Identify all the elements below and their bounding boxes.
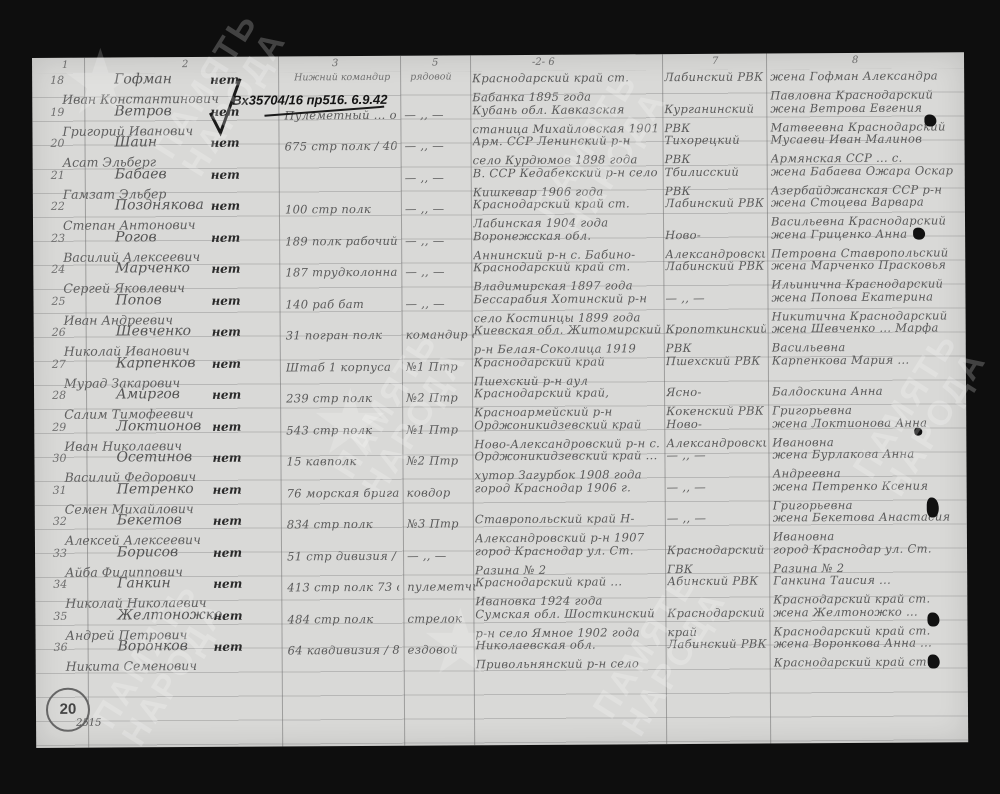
position: ковдор xyxy=(407,483,475,502)
position: №1 Птр xyxy=(406,420,474,439)
row-number: 20 xyxy=(50,137,64,150)
status-mark: нет xyxy=(213,482,242,496)
military-unit: 31 погран полк xyxy=(286,326,398,346)
given-name: Никита Семенович xyxy=(66,658,197,674)
position: командир отделения xyxy=(406,325,474,344)
position: стрелок xyxy=(407,609,475,628)
military-unit: 484 стр полк xyxy=(287,609,399,629)
military-unit xyxy=(284,74,396,75)
row-number: 19 xyxy=(50,105,64,118)
surname: Воронков xyxy=(118,638,188,654)
row-number: 33 xyxy=(53,546,67,559)
position: №2 Птр xyxy=(406,388,474,407)
column-number: 5 xyxy=(432,58,438,69)
status-mark: нет xyxy=(214,640,243,654)
position: — ,, — xyxy=(407,546,475,565)
column-number: 2 xyxy=(182,59,188,70)
paper-hole xyxy=(927,497,939,517)
row-number: 18 xyxy=(50,74,64,87)
surname: Ветров xyxy=(114,103,171,119)
column-number: 8 xyxy=(852,55,858,66)
surname: Шаин xyxy=(114,134,157,150)
page-stamp-sub: 2515 xyxy=(76,718,102,729)
row-number: 35 xyxy=(53,609,67,622)
status-mark: нет xyxy=(211,293,240,307)
military-unit: 413 стр полк 73 сд / 24 армия xyxy=(287,578,399,598)
surname: Попов xyxy=(115,292,161,308)
surname: Позднякова xyxy=(115,197,204,214)
column-number: 7 xyxy=(712,56,718,67)
column-number: -2- 6 xyxy=(532,57,555,68)
position: — ,, — xyxy=(405,199,473,218)
status-mark: нет xyxy=(212,451,241,465)
military-unit: Штаб 1 корпуса xyxy=(286,357,398,377)
paper-hole xyxy=(927,612,939,626)
surname: Бабаев xyxy=(115,166,167,182)
military-unit: 76 морская бригада xyxy=(287,483,399,503)
position: — ,, — xyxy=(404,136,472,155)
status-mark: нет xyxy=(212,325,241,339)
status-mark: нет xyxy=(211,262,240,276)
military-unit: 189 полк рабочий батальон xyxy=(285,231,397,251)
row-number: 27 xyxy=(52,357,66,370)
surname: Амиргов xyxy=(116,386,180,402)
position: пулеметчик xyxy=(407,577,475,596)
paper-hole xyxy=(914,428,922,436)
surname: Локтионов xyxy=(116,417,201,434)
surname: Ганкин xyxy=(117,575,171,591)
surname: Марченко xyxy=(115,260,190,276)
surname: Бекетов xyxy=(117,512,182,528)
military-unit: 64 кавдивизия / 86 кавполк xyxy=(288,641,400,661)
surname: Гофман xyxy=(114,71,172,87)
military-unit: 543 стр полк xyxy=(286,420,398,440)
row-number: 36 xyxy=(54,641,68,654)
position: — ,, — xyxy=(405,294,473,313)
document-sheet: 1 2 3 5 -2- 6 7 8 Нижний командир рядово… xyxy=(32,52,968,748)
row-number: 29 xyxy=(52,420,66,433)
surname: Петренко xyxy=(117,481,194,497)
top-annotation: Вх35704/16 пр516. 6.9.42 xyxy=(232,92,387,108)
military-unit: 187 трудколонна xyxy=(285,263,397,283)
military-unit: 100 стр полк xyxy=(285,200,397,220)
position: — ,, — xyxy=(405,231,473,250)
status-mark: нет xyxy=(212,419,241,433)
status-mark: нет xyxy=(213,577,242,591)
status-mark: нет xyxy=(213,608,242,622)
status-mark: нет xyxy=(210,136,239,150)
row-number: 22 xyxy=(51,200,65,213)
status-mark: нет xyxy=(213,514,242,528)
position: №3 Птр xyxy=(407,514,475,533)
status-mark: нет xyxy=(211,199,240,213)
register-rows: 18ГофманИван КонстантиновичнетКраснодарс… xyxy=(32,52,964,58)
military-unit: 140 раб бат xyxy=(285,294,397,314)
surname: Борисов xyxy=(117,544,178,560)
surname: Шевченко xyxy=(116,323,192,339)
column-number: 3 xyxy=(332,58,338,69)
military-unit: 239 стр полк xyxy=(286,389,398,409)
status-mark: нет xyxy=(212,356,241,370)
position: — ,, — xyxy=(405,262,473,281)
military-unit: 675 стр полк / 408 стр дивизия xyxy=(284,137,396,157)
position: — ,, — xyxy=(405,168,473,187)
status-mark: нет xyxy=(212,388,241,402)
position: ездовой xyxy=(408,640,476,659)
row-number: 26 xyxy=(52,326,66,339)
paper-hole xyxy=(928,654,940,668)
paper-hole xyxy=(913,228,925,240)
row-number: 34 xyxy=(53,578,67,591)
position: №1 Птр xyxy=(406,357,474,376)
row-number: 30 xyxy=(52,452,66,465)
surname: Осетинов xyxy=(116,449,192,465)
enlistment-office: Лабинский РВК xyxy=(668,635,768,674)
position: — ,, — xyxy=(404,105,472,124)
birthplace: Николаевская обл. Привольнянский р-н сел… xyxy=(476,635,666,674)
surname: Карпенков xyxy=(116,355,196,371)
paper-hole xyxy=(924,114,936,126)
row-number: 23 xyxy=(51,231,65,244)
position: №2 Птр xyxy=(406,451,474,470)
military-unit xyxy=(285,168,397,169)
row-number: 21 xyxy=(51,168,65,181)
row-number: 32 xyxy=(53,515,67,528)
row-number: 25 xyxy=(51,294,65,307)
military-unit: 15 кавполк xyxy=(286,452,398,472)
surname: Желтоножко xyxy=(117,606,222,623)
status-mark: нет xyxy=(213,545,242,559)
military-unit: 51 стр дивизия / 300 арт полк xyxy=(287,546,399,566)
row-number: 28 xyxy=(52,389,66,402)
row-number: 24 xyxy=(51,263,65,276)
status-mark: нет xyxy=(211,167,240,181)
column-number: 1 xyxy=(62,60,68,71)
row-number: 31 xyxy=(53,483,67,496)
military-unit: 834 стр полк xyxy=(287,515,399,535)
surname: Рогов xyxy=(115,229,157,245)
status-mark: нет xyxy=(211,230,240,244)
table-row: 36ВоронковНикита Семеновичнет64 кавдивиз… xyxy=(36,633,968,679)
